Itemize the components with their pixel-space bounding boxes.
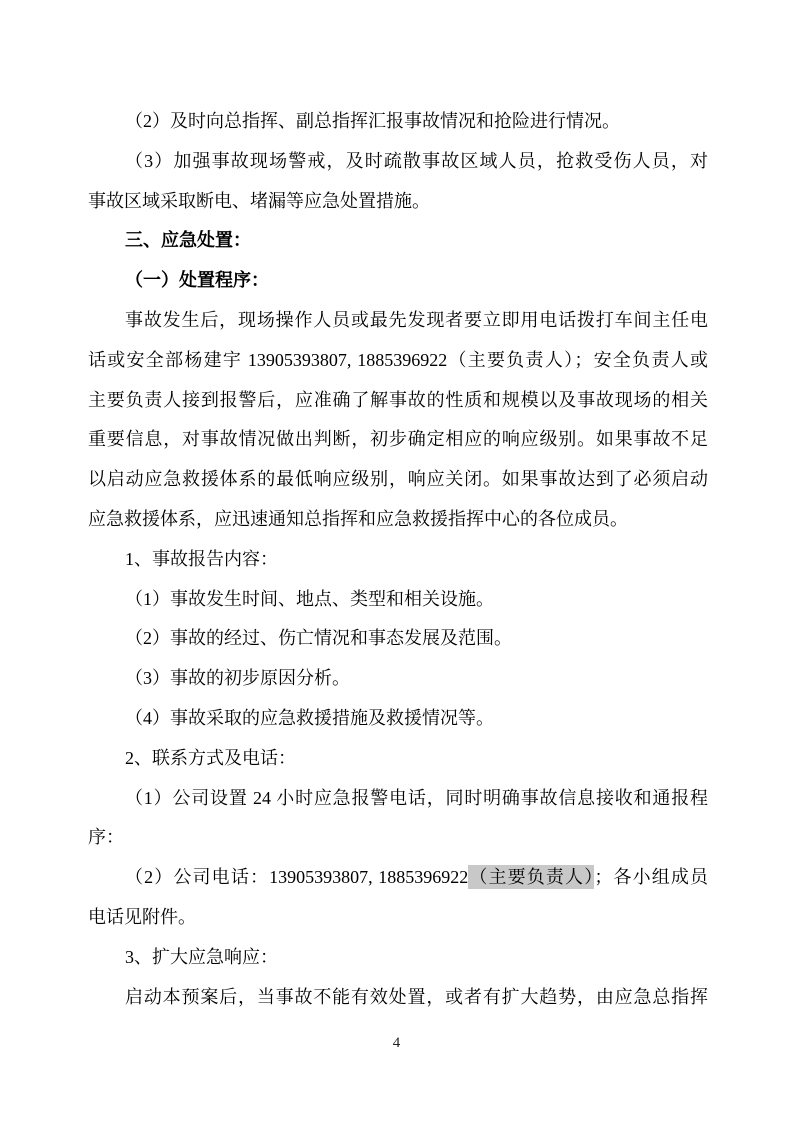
highlighted-text: （主要负责人）	[468, 865, 594, 889]
text-segment: 应急救援体系，应迅速通知总指挥和应急救援指挥中心的各位成员。	[88, 509, 628, 529]
text-segment: 事故区域采取断电、堵漏等应急处置措施。	[88, 191, 430, 211]
text-line: 话或安全部杨建宇 13905393807, 1885396922（主要负责人）；…	[88, 341, 708, 381]
text-segment: 2、联系方式及电话：	[125, 748, 296, 768]
text-segment: （2）事故的经过、伤亡情况和事态发展及范围。	[125, 628, 512, 648]
text-line: 2、联系方式及电话：	[88, 739, 708, 779]
text-segment: 启动本预案后，当事故不能有效处置，或者有扩大趋势，由应急总指挥	[125, 987, 708, 1007]
text-segment: 主要负责人接到报警后，应准确了解事故的性质和规模以及事故现场的相关	[88, 390, 708, 410]
text-segment: （2）公司电话：13905393807, 1885396922	[125, 867, 468, 887]
text-line: 重要信息，对事故情况做出判断，初步确定相应的响应级别。如果事故不足	[88, 420, 708, 460]
text-segment: （3）加强事故现场警戒，及时疏散事故区域人员，抢救受伤人员，对	[125, 151, 708, 171]
text-segment: 电话见附件。	[88, 907, 196, 927]
text-line: 应急救援体系，应迅速通知总指挥和应急救援指挥中心的各位成员。	[88, 500, 708, 540]
text-segment: ；各小组成员	[594, 867, 708, 887]
text-line: 1、事故报告内容：	[88, 540, 708, 580]
text-segment: （1）事故发生时间、地点、类型和相关设施。	[125, 589, 494, 609]
document-page: （2）及时向总指挥、副总指挥汇报事故情况和抢险进行情况。（3）加强事故现场警戒，…	[0, 0, 793, 1122]
text-segment: （3）事故的初步原因分析。	[125, 668, 350, 688]
text-line: 序：	[88, 818, 708, 858]
text-line: （2）事故的经过、伤亡情况和事态发展及范围。	[88, 619, 708, 659]
text-line: （3）事故的初步原因分析。	[88, 659, 708, 699]
text-line: 事故发生后，现场操作人员或最先发现者要立即用电话拨打车间主任电	[88, 301, 708, 341]
text-line: 电话见附件。	[88, 898, 708, 938]
text-segment: （一）处置程序：	[125, 270, 269, 290]
text-segment: （2）及时向总指挥、副总指挥汇报事故情况和抢险进行情况。	[125, 111, 620, 131]
text-segment: 重要信息，对事故情况做出判断，初步确定相应的响应级别。如果事故不足	[88, 429, 708, 449]
text-segment: （4）事故采取的应急救援措施及救援情况等。	[125, 708, 494, 728]
text-line: 启动本预案后，当事故不能有效处置，或者有扩大趋势，由应急总指挥	[88, 978, 708, 1018]
text-segment: 1、事故报告内容：	[125, 549, 278, 569]
text-line: 3、扩大应急响应：	[88, 938, 708, 978]
text-segment: 以启动应急救援体系的最低响应级别，响应关闭。如果事故达到了必须启动	[88, 469, 708, 489]
text-line: （2）及时向总指挥、副总指挥汇报事故情况和抢险进行情况。	[88, 102, 708, 142]
text-line: （1）事故发生时间、地点、类型和相关设施。	[88, 580, 708, 620]
text-segment: 3、扩大应急响应：	[125, 947, 278, 967]
text-line: 事故区域采取断电、堵漏等应急处置措施。	[88, 182, 708, 222]
text-line: （2）公司电话：13905393807, 1885396922（主要负责人）；各…	[88, 858, 708, 898]
heading-line: 三、应急处置：	[88, 221, 708, 261]
text-segment: 事故发生后，现场操作人员或最先发现者要立即用电话拨打车间主任电	[125, 310, 708, 330]
page-footer: 4	[0, 1034, 793, 1052]
text-line: 以启动应急救援体系的最低响应级别，响应关闭。如果事故达到了必须启动	[88, 460, 708, 500]
document-body: （2）及时向总指挥、副总指挥汇报事故情况和抢险进行情况。（3）加强事故现场警戒，…	[88, 102, 708, 1017]
text-segment: （1）公司设置 24 小时应急报警电话，同时明确事故信息接收和通报程	[125, 788, 708, 808]
text-line: （1）公司设置 24 小时应急报警电话，同时明确事故信息接收和通报程	[88, 779, 708, 819]
text-segment: 话或安全部杨建宇 13905393807, 1885396922（主要负责人）；…	[88, 350, 708, 370]
text-line: （4）事故采取的应急救援措施及救援情况等。	[88, 699, 708, 739]
text-line: 主要负责人接到报警后，应准确了解事故的性质和规模以及事故现场的相关	[88, 381, 708, 421]
text-segment: 序：	[88, 827, 124, 847]
text-line: （3）加强事故现场警戒，及时疏散事故区域人员，抢救受伤人员，对	[88, 142, 708, 182]
page-number: 4	[393, 1035, 401, 1051]
heading-line: （一）处置程序：	[88, 261, 708, 301]
text-segment: 三、应急处置：	[125, 230, 251, 250]
